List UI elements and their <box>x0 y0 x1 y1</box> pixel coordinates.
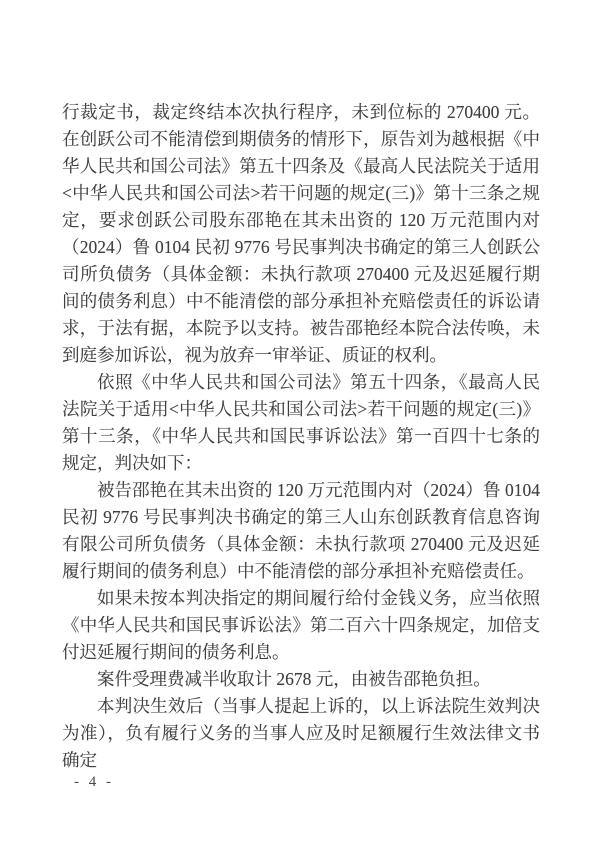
document-page: 行裁定书，裁定终结本次执行程序，未到位标的 270400 元。在创跃公司不能清偿… <box>0 0 600 848</box>
paragraph-court-fee: 案件受理费减半收取计 2678 元，由被告邵艳负担。 <box>62 666 540 693</box>
paragraph-legal-basis: 依照《中华人民共和国公司法》第五十四条，《最高人民法院关于适用<中华人民共和国公… <box>62 369 540 477</box>
paragraph-continuation: 行裁定书，裁定终结本次执行程序，未到位标的 270400 元。在创跃公司不能清偿… <box>62 99 540 369</box>
page-number: - 4 - <box>74 774 114 791</box>
paragraph-judgment-item: 被告邵艳在其未出资的 120 万元范围内对（2024）鲁 0104 民初 977… <box>62 477 540 585</box>
judgment-body-text: 行裁定书，裁定终结本次执行程序，未到位标的 270400 元。在创跃公司不能清偿… <box>62 99 540 774</box>
paragraph-late-performance-interest: 如果未按本判决指定的期间履行给付金钱义务，应当依照《中华人民共和国民事诉讼法》第… <box>62 585 540 666</box>
paragraph-effectiveness-notice: 本判决生效后（当事人提起上诉的，以上诉法院生效判决为准），负有履行义务的当事人应… <box>62 693 540 774</box>
